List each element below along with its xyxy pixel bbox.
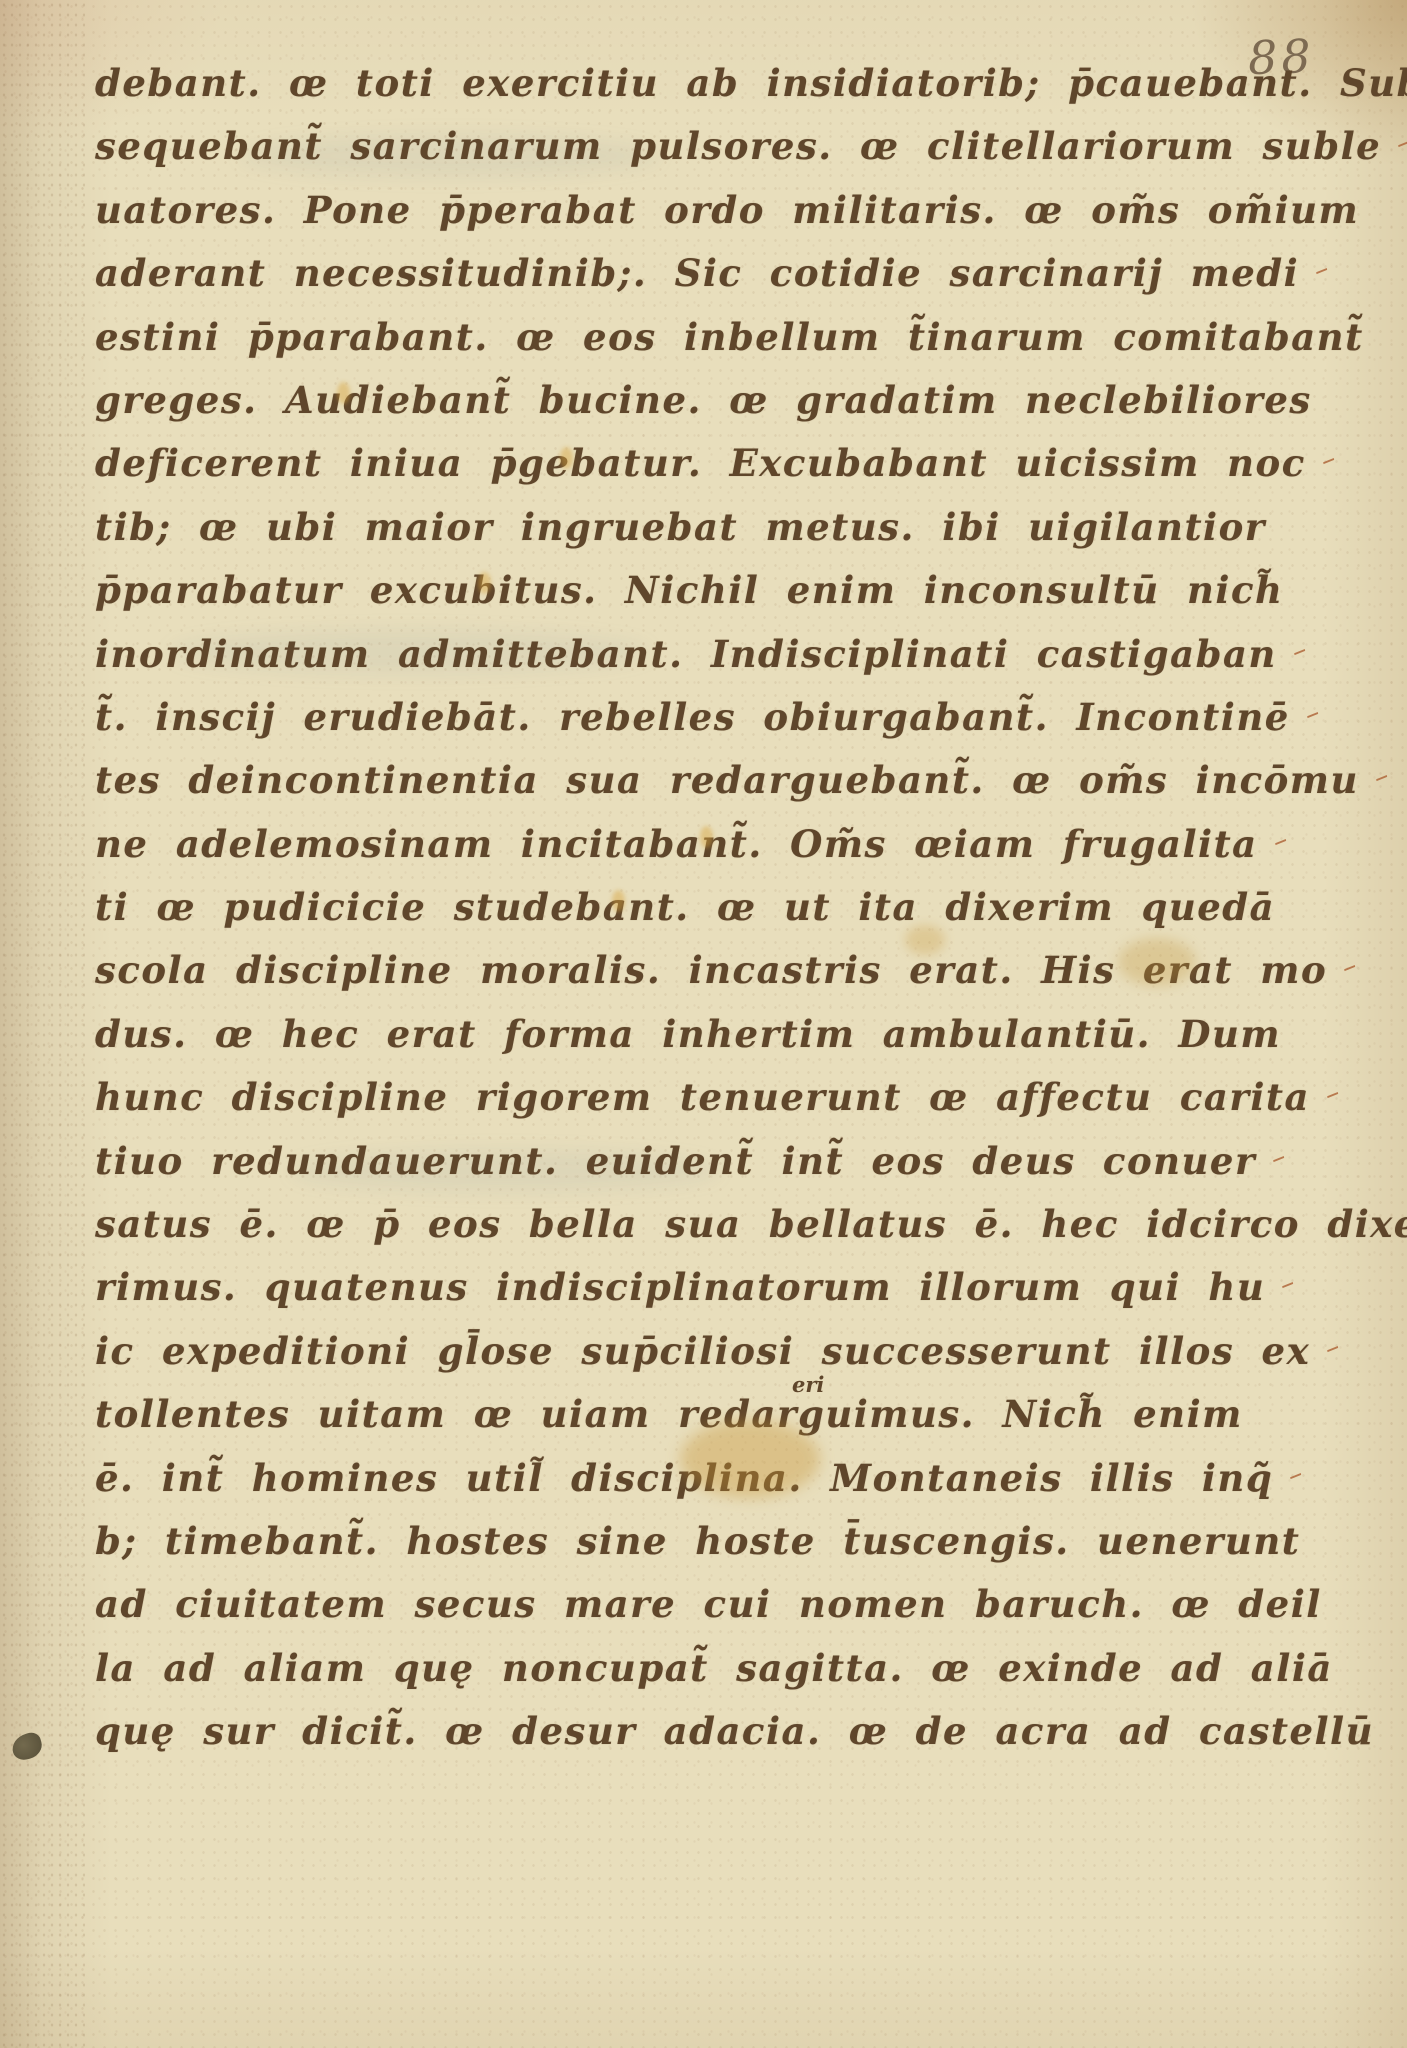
line-text: inordinatum admittebant. Indisciplinati … [95,632,1277,676]
manuscript-line: hunc discipline rigorem tenuerunt œ affe… [95,1066,1345,1129]
line-filler-dash: – [1362,745,1399,809]
line-filler-dash: – [1269,1252,1306,1316]
line-text: tes deincontinentia sua redarguebant̃. œ… [95,758,1359,802]
line-text: ne adelemosinam incitabant̃. Om̃s œiam f… [95,822,1258,866]
manuscript-line: p̄parabatur excubitus. Nichil enim incon… [95,559,1345,622]
line-filler-dash: – [1277,1442,1314,1506]
line-text: uatores. Pone p̄perabat ordo militaris. … [95,188,1359,232]
line-text: scola discipline moralis. incastris erat… [95,948,1327,992]
manuscript-line: rimus. quatenus indisciplinatorum illoru… [95,1256,1345,1319]
line-text: estini p̄parabant. œ eos inbellum t̃inar… [95,315,1364,359]
manuscript-line: dus. œ hec erat forma inhertim ambulanti… [95,1003,1345,1066]
line-filler-dash: – [1314,1315,1351,1379]
line-filler-dash: – [1309,428,1346,492]
line-filler-dash: – [1314,1062,1351,1126]
manuscript-line: satus ē. œ p̄ eos bella sua bellatus ē. … [95,1193,1345,1256]
manuscript-line: aderant necessitudinib;. Sic cotidie sar… [95,242,1345,305]
manuscript-line: la ad aliam quę noncupat̃ sagitta. œ exi… [95,1637,1345,1700]
line-filler-dash: – [1331,935,1368,999]
manuscript-line: tollentes uitam œ uiam redarguimus. Nich… [95,1383,1345,1446]
line-text: rimus. quatenus indisciplinatorum illoru… [95,1265,1265,1309]
manuscript-line: ic expeditioni gl̄ose sup̄ciliosi succes… [95,1320,1345,1383]
line-text: dus. œ hec erat forma inhertim ambulanti… [95,1012,1281,1056]
manuscript-line: scola discipline moralis. incastris erat… [95,939,1345,1002]
manuscript-line: deficerent iniua p̄gebatur. Excubabant u… [95,432,1345,495]
line-filler-dash: – [1385,111,1407,175]
manuscript-line: ad ciuitatem secus mare cui nomen baruch… [95,1573,1345,1636]
line-text: ic expeditioni gl̄ose sup̄ciliosi succes… [95,1329,1310,1373]
manuscript-line: ne adelemosinam incitabant̃. Om̃s œiam f… [95,813,1345,876]
line-filler-dash: – [1280,618,1317,682]
manuscript-line: ti œ pudicicie studebant. œ ut ita dixer… [95,876,1345,939]
manuscript-line: sequebant̃ sarcinarum pulsores. œ clitel… [95,115,1345,178]
line-text: tiuo redundauerunt. euident̃ int̃ eos de… [95,1139,1256,1183]
line-text: debant. œ toti exercitiu ab insidiatorib… [95,61,1407,105]
line-text: deficerent iniua p̄gebatur. Excubabant u… [95,441,1306,485]
line-text: ti œ pudicicie studebant. œ ut ita dixer… [95,885,1275,929]
line-text: ad ciuitatem secus mare cui nomen baruch… [95,1582,1322,1626]
manuscript-line: t̃. inscij erudiebāt. rebelles obiurgaba… [95,686,1345,749]
manuscript-line: tiuo redundauerunt. euident̃ int̃ eos de… [95,1130,1345,1193]
line-filler-dash: – [1293,681,1330,745]
line-text: hunc discipline rigorem tenuerunt œ affe… [95,1075,1310,1119]
line-text: la ad aliam quę noncupat̃ sagitta. œ exi… [95,1646,1333,1690]
manuscript-line: uatores. Pone p̄perabat ordo militaris. … [95,179,1345,242]
line-text: aderant necessitudinib;. Sic cotidie sar… [95,251,1299,295]
manuscript-line: debant. œ toti exercitiu ab insidiatorib… [95,52,1345,115]
interlinear-insertion: eri [792,1372,824,1397]
line-text: tib; œ ubi maior ingruebat metus. ibi ui… [95,505,1266,549]
text-block: debant. œ toti exercitiu ab insidiatorib… [95,52,1345,1764]
line-text: p̄parabatur excubitus. Nichil enim incon… [95,568,1283,612]
manuscript-line: estini p̄parabant. œ eos inbellum t̃inar… [95,306,1345,369]
manuscript-line: tib; œ ubi maior ingruebat metus. ibi ui… [95,496,1345,559]
manuscript-line: greges. Audiebant̃ bucine. œ gradatim ne… [95,369,1345,432]
line-text: ē. int̃ homines util̃ disciplina. Montan… [95,1456,1273,1500]
manuscript-line: ē. int̃ homines util̃ disciplina. Montan… [95,1447,1345,1510]
manuscript-page: 88 debant. œ toti exercitiu ab insidiato… [0,0,1407,2048]
line-text: b; timebant̃. hostes sine hoste t̄usceng… [95,1519,1300,1563]
line-text: t̃. inscij erudiebāt. rebelles obiurgaba… [95,695,1290,739]
line-filler-dash: – [1260,1125,1297,1189]
line-text: sequebant̃ sarcinarum pulsores. œ clitel… [95,124,1381,168]
line-text: greges. Audiebant̃ bucine. œ gradatim ne… [95,378,1312,422]
margin-ink-blot [9,1730,45,1762]
line-text: quę sur dicit̃. œ desur adacia. œ de acr… [95,1709,1374,1753]
line-text: tollentes uitam œ uiam redarguimus. Nich… [95,1392,1243,1436]
manuscript-line: inordinatum admittebant. Indisciplinati … [95,623,1345,686]
manuscript-line: tes deincontinentia sua redarguebant̃. œ… [95,749,1345,812]
line-filler-dash: – [1303,237,1340,301]
manuscript-line: quę sur dicit̃. œ desur adacia. œ de acr… [95,1700,1345,1763]
line-text: satus ē. œ p̄ eos bella sua bellatus ē. … [95,1202,1407,1246]
manuscript-line: b; timebant̃. hostes sine hoste t̄usceng… [95,1510,1345,1573]
line-filler-dash: – [1261,808,1298,872]
